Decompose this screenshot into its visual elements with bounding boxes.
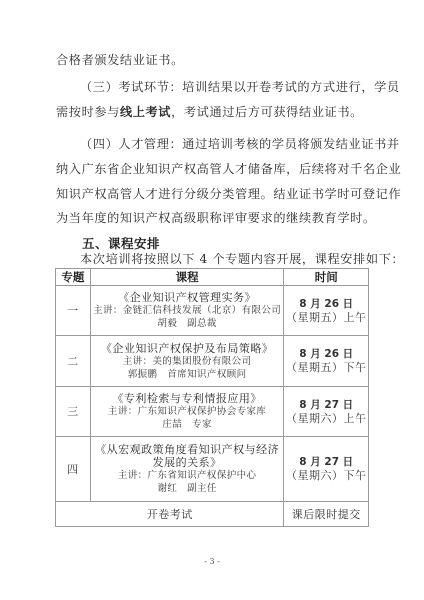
topic-cell: 三	[56, 387, 91, 437]
course-speaker: 庄喆 专家	[91, 418, 284, 431]
paragraph-exam-line1: （三）考试环节：培训结果以开卷考试的方式进行，学员	[80, 79, 398, 95]
course-title-cont: 发展的关系》	[91, 456, 284, 469]
topic-cell: 一	[56, 286, 91, 336]
paragraph-talent-line4: 为当年度的知识产权高级职称评审要求的继续教育学时。	[56, 210, 374, 226]
paragraph-talent-line2: 纳入广东省企业知识产权高管人才储备库，后续将对千名企业	[56, 161, 374, 177]
exam-label: 开卷考试	[56, 502, 284, 527]
time-cell: 8 月 26 日 （星期五）上午	[284, 286, 369, 336]
course-cell: 《专利检索与专利情报应用》 主讲：广东知识产权保护协会专家库 庄喆 专家	[90, 387, 284, 437]
course-date: 8 月 26 日	[284, 298, 368, 311]
header-topic: 专题	[56, 269, 91, 286]
document-page: 合格者颁发结业证书。 （三）考试环节：培训结果以开卷考试的方式进行，学员 需按时…	[0, 0, 424, 600]
online-exam-emphasis: 线上考试	[120, 105, 171, 119]
schedule-intro: 本次培训将按照以下 4 个专题内容开展，课程安排如下：	[80, 251, 398, 267]
table-row: 三 《专利检索与专利情报应用》 主讲：广东知识产权保护协会专家库 庄喆 专家 8…	[56, 387, 369, 437]
exam-time: 课后限时提交	[284, 502, 369, 527]
exam-text-post: ，考试通过后方可获得结业证书。	[171, 105, 363, 119]
course-speaker-org: 主讲：广东省知识产权保护中心	[91, 469, 284, 482]
course-speaker-org: 主讲：广东知识产权保护协会专家库	[91, 405, 284, 418]
exam-text-pre: 需按时参与	[56, 105, 120, 119]
table-row: 四 《从宏观政策角度看知识产权与经济 发展的关系》 主讲：广东省知识产权保护中心…	[56, 437, 369, 502]
page-number: - 3 -	[0, 557, 424, 566]
course-slot: （星期五）下午	[284, 361, 368, 374]
header-course: 课程	[90, 269, 284, 286]
course-slot: （星期五）上午	[284, 311, 368, 324]
table-row: 二 《企业知识产权保护及布局策略》 主讲：美的集团股份有限公司 郭振鹏 首席知识…	[56, 336, 369, 387]
course-speaker: 郭振鹏 首席知识产权顾问	[91, 368, 284, 381]
exam-row: 开卷考试 课后限时提交	[56, 502, 369, 527]
time-cell: 8 月 26 日 （星期五）下午	[284, 336, 369, 387]
course-speaker: 胡毅 副总裁	[91, 317, 284, 330]
course-speaker: 谢红 副主任	[91, 482, 284, 495]
topic-cell: 二	[56, 336, 91, 387]
table-row: 一 《企业知识产权管理实务》 主讲：金链汇信科技发展（北京）有限公司 胡毅 副总…	[56, 286, 369, 336]
paragraph-talent-line1: （四）人才管理：通过培训考核的学员将颁发结业证书并	[80, 136, 398, 152]
time-cell: 8 月 27 日 （星期六）下午	[284, 437, 369, 502]
course-date: 8 月 26 日	[284, 348, 368, 361]
course-schedule-table: 专题 课程 时间 一 《企业知识产权管理实务》 主讲：金链汇信科技发展（北京）有…	[55, 268, 369, 527]
course-slot: （星期六）下午	[284, 469, 368, 482]
course-title: 《企业知识产权保护及布局策略》	[91, 342, 284, 355]
paragraph-talent-line3: 知识产权高管人才进行分级分类管理。结业证书学时可登记作	[56, 186, 374, 202]
course-cell: 《企业知识产权管理实务》 主讲：金链汇信科技发展（北京）有限公司 胡毅 副总裁	[90, 286, 284, 336]
course-cell: 《企业知识产权保护及布局策略》 主讲：美的集团股份有限公司 郭振鹏 首席知识产权…	[90, 336, 284, 387]
course-cell: 《从宏观政策角度看知识产权与经济 发展的关系》 主讲：广东省知识产权保护中心 谢…	[90, 437, 284, 502]
course-speaker-org: 主讲：金链汇信科技发展（北京）有限公司	[91, 304, 284, 317]
course-slot: （星期六）上午	[284, 412, 368, 425]
topic-cell: 四	[56, 437, 91, 502]
course-speaker-org: 主讲：美的集团股份有限公司	[91, 355, 284, 368]
paragraph-exam-line2: 需按时参与线上考试，考试通过后方可获得结业证书。	[56, 104, 374, 120]
course-title: 《从宏观政策角度看知识产权与经济	[91, 443, 284, 456]
header-time: 时间	[284, 269, 369, 286]
course-title: 《企业知识产权管理实务》	[91, 291, 284, 304]
time-cell: 8 月 27 日 （星期六）上午	[284, 387, 369, 437]
table-header-row: 专题 课程 时间	[56, 269, 369, 286]
course-date: 8 月 27 日	[284, 456, 368, 469]
course-date: 8 月 27 日	[284, 399, 368, 412]
paragraph-certificate-end: 合格者颁发结业证书。	[56, 52, 374, 68]
section-heading-schedule: 五、课程安排	[82, 234, 160, 252]
course-title: 《专利检索与专利情报应用》	[91, 392, 284, 405]
